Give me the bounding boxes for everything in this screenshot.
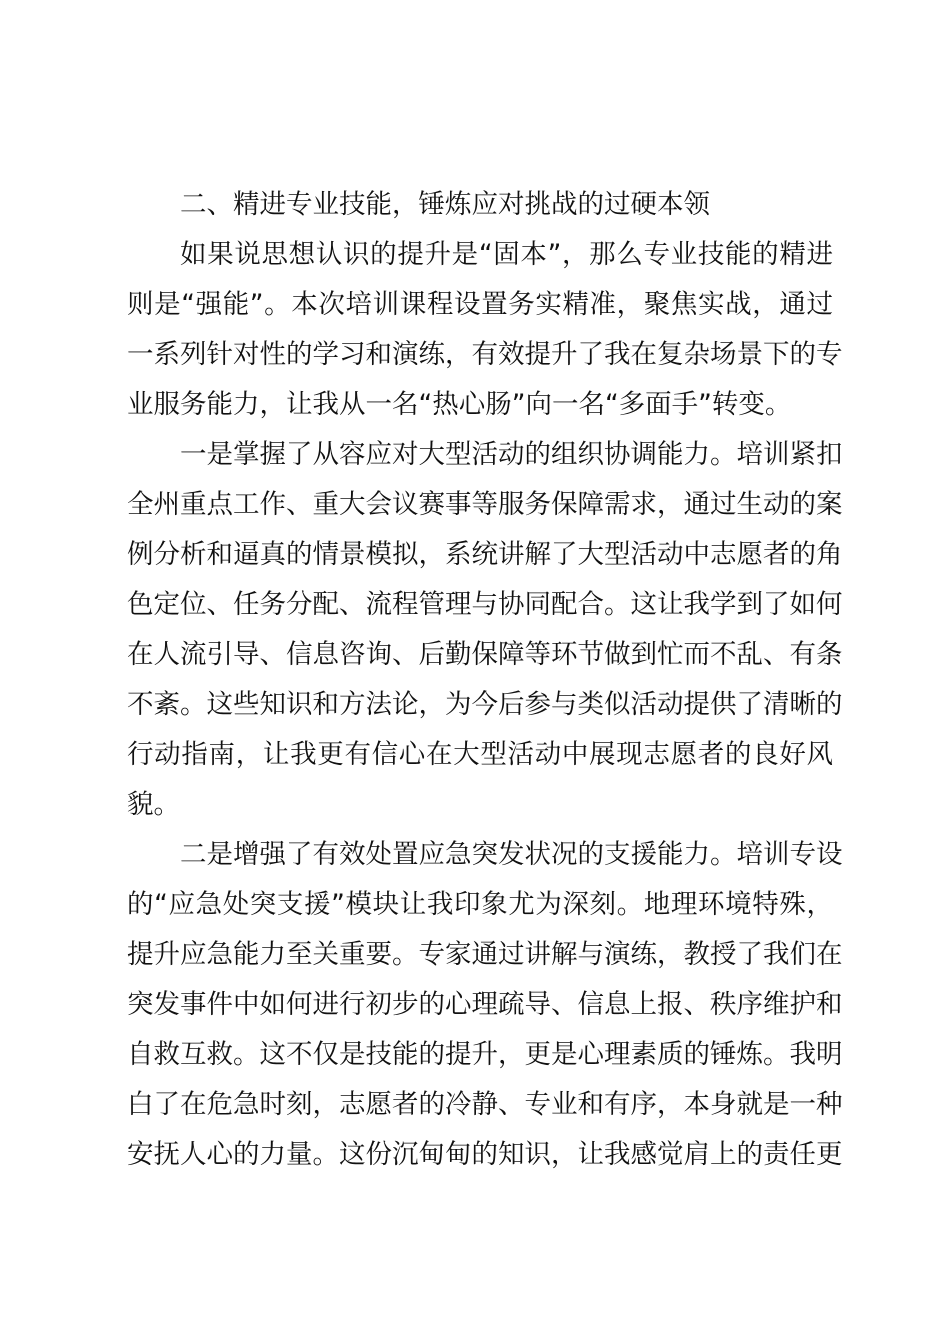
text-line: 自救互救。这不仅是技能的提升，更是心理素质的锤炼。我明 [127, 1030, 833, 1080]
text-line: 例分析和逼真的情景模拟，系统讲解了大型活动中志愿者的角 [127, 530, 833, 580]
text-line: 提升应急能力至关重要。专家通过讲解与演练，教授了我们在 [127, 930, 833, 980]
text-line: 突发事件中如何进行初步的心理疏导、信息上报、秩序维护和 [127, 980, 833, 1030]
text-line: 一是掌握了从容应对大型活动的组织协调能力。培训紧扣 [127, 430, 833, 480]
document-page: 二、精进专业技能，锤炼应对挑战的过硬本领 如果说思想认识的提升是“固本”，那么专… [127, 180, 833, 1180]
paragraph-point-two: 二是增强了有效处置应急突发状况的支援能力。培训专设 的“应急处突支援”模块让我印… [127, 830, 833, 1180]
text-line: 则是“强能”。本次培训课程设置务实精准，聚焦实战，通过 [127, 280, 833, 330]
text-line: 在人流引导、信息咨询、后勤保障等环节做到忙而不乱、有条 [127, 630, 833, 680]
text-line: 的“应急处突支援”模块让我印象尤为深刻。地理环境特殊， [127, 880, 833, 930]
text-line: 一系列针对性的学习和演练，有效提升了我在复杂场景下的专 [127, 330, 833, 380]
text-line: 行动指南，让我更有信心在大型活动中展现志愿者的良好风 [127, 730, 833, 780]
text-line: 不紊。这些知识和方法论，为今后参与类似活动提供了清晰的 [127, 680, 833, 730]
section-heading: 二、精进专业技能，锤炼应对挑战的过硬本领 [127, 180, 833, 230]
text-line: 白了在危急时刻，志愿者的冷静、专业和有序，本身就是一种 [127, 1080, 833, 1130]
text-line: 全州重点工作、重大会议赛事等服务保障需求，通过生动的案 [127, 480, 833, 530]
paragraph-point-one: 一是掌握了从容应对大型活动的组织协调能力。培训紧扣 全州重点工作、重大会议赛事等… [127, 430, 833, 830]
text-line: 业服务能力，让我从一名“热心肠”向一名“多面手”转变。 [127, 380, 833, 430]
text-line: 色定位、任务分配、流程管理与协同配合。这让我学到了如何 [127, 580, 833, 630]
text-line: 貌。 [127, 780, 833, 830]
text-line: 如果说思想认识的提升是“固本”，那么专业技能的精进 [127, 230, 833, 280]
paragraph-intro: 如果说思想认识的提升是“固本”，那么专业技能的精进 则是“强能”。本次培训课程设… [127, 230, 833, 430]
text-line: 二是增强了有效处置应急突发状况的支援能力。培训专设 [127, 830, 833, 880]
text-line: 安抚人心的力量。这份沉甸甸的知识，让我感觉肩上的责任更 [127, 1130, 833, 1180]
